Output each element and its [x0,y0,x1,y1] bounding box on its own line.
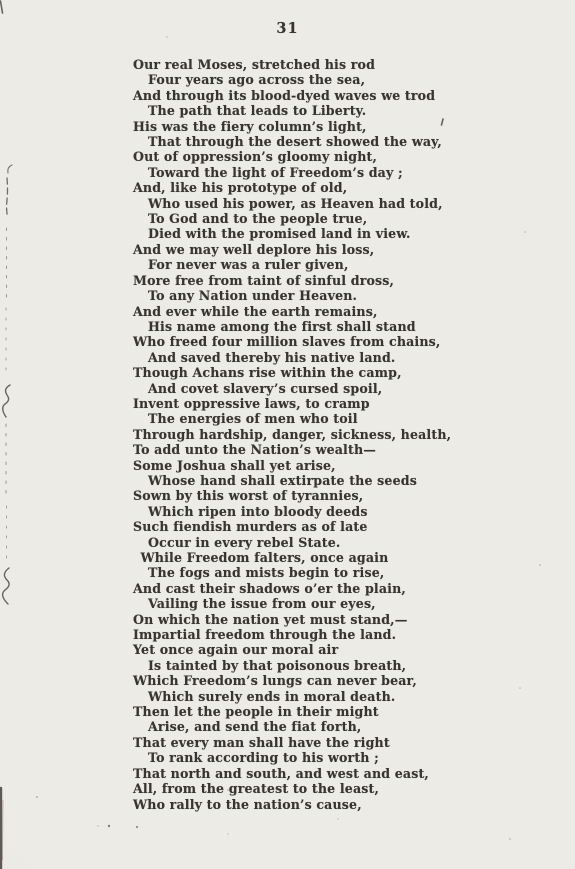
scanned-page: 31 Our real Moses, stretched his rodFour… [0,0,575,869]
ink-mark [3,385,10,417]
poem-line: That through the desert showed the way, [133,134,473,149]
poem-line: Whose hand shall extirpate the seeds [133,473,473,488]
poem-line: And, like his prototype of old, [133,180,473,195]
poem-line: Out of oppression’s gloomy night, [133,149,473,164]
poem-line: Which Freedom’s lungs can never bear, [133,673,473,688]
poem-line: And saved thereby his native land. [133,350,473,365]
poem-line: And covet slavery’s cursed spoil, [133,381,473,396]
poem-line: On which the nation yet must stand,— [133,612,473,627]
poem-line: Through hardship, danger, sickness, heal… [133,427,473,442]
poem-line: Sown by this worst of tyrannies, [133,488,473,503]
poem-line: For never was a ruler given, [133,257,473,272]
poem-line: The fogs and mists begin to rise, [133,565,473,580]
poem-line: Some Joshua shall yet arise, [133,458,473,473]
poem-line: Died with the promised land in view. [133,226,473,241]
poem-line: That every man shall have the right [133,735,473,750]
poem-line: And through its blood-dyed waves we trod [133,88,473,103]
poem-line: That north and south, and west and east, [133,766,473,781]
poem-line: Four years ago across the sea, [133,72,473,87]
poem-line: Our real Moses, stretched his rod [133,57,473,72]
ink-mark [3,568,9,604]
poem-line: Invent oppressive laws, to cramp [133,396,473,411]
scan-edge-mark [3,800,4,860]
poem-line: Toward the light of Freedom’s day ; [133,165,473,180]
poem-line: Though Achans rise within the camp, [133,365,473,380]
poem-line: Occur in every rebel State. [133,535,473,550]
poem-line: The energies of men who toil [133,411,473,426]
poem-line: Which ripen into bloody deeds [133,504,473,519]
poem-line: Is tainted by that poisonous breath, [133,658,473,673]
poem-line: His name among the first shall stand [133,319,473,334]
poem-line: All, from the greatest to the least, [133,781,473,796]
poem-line: To add unto the Nation’s wealth— [133,442,473,457]
poem-line: Who used his power, as Heaven had told, [133,196,473,211]
page-number: 31 [0,20,575,37]
ink-mark [8,165,12,173]
poem-text: Our real Moses, stretched his rodFour ye… [133,57,473,812]
poem-line: To rank according to his worth ; [133,750,473,765]
poem-line: More free from taint of sinful dross, [133,273,473,288]
poem-line: Then let the people in their might [133,704,473,719]
poem-line: And we may well deplore his loss, [133,242,473,257]
ink-mark [7,178,8,216]
poem-line: And ever while the earth remains, [133,304,473,319]
poem-line: Who rally to the nation’s cause, [133,797,473,812]
poem-line: Arise, and send the fiat forth, [133,719,473,734]
poem-line: Who freed four million slaves from chain… [133,334,473,349]
poem-line: To God and to the people true, [133,211,473,226]
ink-mark [1,1,3,13]
poem-line: To any Nation under Heaven. [133,288,473,303]
poem-line: The path that leads to Liberty. [133,103,473,118]
poem-line: Such fiendish murders as of late [133,519,473,534]
poem-line: While Freedom falters, once again [133,550,473,565]
poem-line: And cast their shadows o’er the plain, [133,581,473,596]
poem-line: Which surely ends in moral death. [133,689,473,704]
poem-line: Yet once again our moral air [133,642,473,657]
poem-line: Vailing the issue from our eyes, [133,596,473,611]
poem-line: His was the fiery column’s light, [133,119,473,134]
poem-line: Impartial freedom through the land. [133,627,473,642]
